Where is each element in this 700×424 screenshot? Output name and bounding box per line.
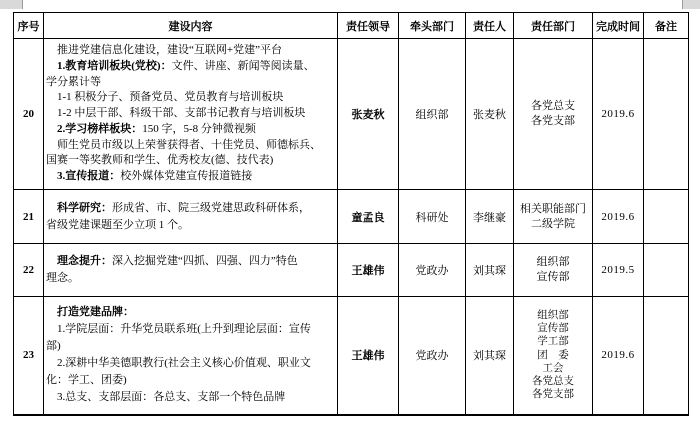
- row-21-person: 李继豪: [466, 190, 514, 244]
- row-20-leader: 张麦秋: [338, 39, 399, 190]
- row-21-resp-dept: 相关职能部门二级学院: [514, 190, 593, 244]
- header-content: 建设内容: [44, 13, 338, 39]
- row-21-time: 2019.6: [593, 190, 644, 244]
- header-time: 完成时间: [593, 13, 644, 39]
- row-20-remark: [644, 39, 689, 190]
- row-22-content-lines: 理念提升：深入挖掘党建“四抓、四强、四力”特色理念。: [44, 252, 337, 288]
- row-22-leader: 王雄伟: [338, 244, 399, 297]
- row-23-resp-dept: 组织部宣传部学工部团 委工会各党总支各党支部: [514, 297, 593, 415]
- header-remark: 备注: [644, 13, 689, 39]
- row-20-time: 2019.6: [593, 39, 644, 190]
- row-21-remark: [644, 190, 689, 244]
- header-person: 责任人: [466, 13, 514, 39]
- table-row-21: 21 科学研究：形成省、市、院三级党建思政科研体系，省级党建课题至少立项 1 个…: [14, 190, 689, 244]
- row-20-resp-dept: 各党总支各党支部: [514, 39, 593, 190]
- row-20-no: 20: [14, 39, 44, 190]
- row-21-content: 科学研究：形成省、市、院三级党建思政科研体系，省级党建课题至少立项 1 个。: [44, 190, 338, 244]
- row-21-content-lines: 科学研究：形成省、市、院三级党建思政科研体系，省级党建课题至少立项 1 个。: [44, 199, 337, 235]
- header-leader: 责任领导: [338, 13, 399, 39]
- header-resp-dept: 责任部门: [514, 13, 593, 39]
- row-23-remark: [644, 297, 689, 415]
- row-21-resp-dept-list: 相关职能部门二级学院: [514, 202, 592, 232]
- row-21-no: 21: [14, 190, 44, 244]
- table-row-20: 20 推进党建信息化建设，建设“互联网+党建”平台1.教育培训板块(党校)：文件…: [14, 39, 689, 190]
- row-22-time: 2019.5: [593, 244, 644, 297]
- row-20-content: 推进党建信息化建设，建设“互联网+党建”平台1.教育培训板块(党校)：文件、讲座…: [44, 39, 338, 190]
- row-23-content-lines: 打造党建品牌：1.学院层面：升华党员联系班(上升到理论层面：宣传部)2.深耕中华…: [44, 303, 337, 407]
- page-corner-mark-left: [0, 0, 23, 9]
- row-20-content-lines: 推进党建信息化建设，建设“互联网+党建”平台1.教育培训板块(党校)：文件、讲座…: [44, 42, 337, 186]
- row-22-content: 理念提升：深入挖掘党建“四抓、四强、四力”特色理念。: [44, 244, 338, 297]
- table-row-22: 22 理念提升：深入挖掘党建“四抓、四强、四力”特色理念。 王雄伟 党政办 刘其…: [14, 244, 689, 297]
- row-21-lead-dept: 科研处: [399, 190, 466, 244]
- row-20-person: 张麦秋: [466, 39, 514, 190]
- row-23-no: 23: [14, 297, 44, 415]
- row-22-remark: [644, 244, 689, 297]
- row-20-resp-dept-list: 各党总支各党支部: [514, 99, 592, 129]
- page-corner-mark-right: [682, 0, 700, 9]
- row-20-lead-dept: 组织部: [399, 39, 466, 190]
- row-23-leader: 王雄伟: [338, 297, 399, 415]
- row-22-resp-dept: 组织部宣传部: [514, 244, 593, 297]
- row-23-time: 2019.6: [593, 297, 644, 415]
- row-23-resp-dept-list: 组织部宣传部学工部团 委工会各党总支各党支部: [514, 309, 592, 401]
- header-no: 序号: [14, 13, 44, 39]
- row-23-content: 打造党建品牌：1.学院层面：升华党员联系班(上升到理论层面：宣传部)2.深耕中华…: [44, 297, 338, 415]
- row-23-person: 刘其琛: [466, 297, 514, 415]
- row-23-lead-dept: 党政办: [399, 297, 466, 415]
- party-building-plan-table: 序号 建设内容 责任领导 牵头部门 责任人 责任部门 完成时间 备注 20 推进…: [13, 12, 689, 416]
- document-page: 序号 建设内容 责任领导 牵头部门 责任人 责任部门 完成时间 备注 20 推进…: [0, 0, 700, 424]
- header-lead-dept: 牵头部门: [399, 13, 466, 39]
- table-row-23: 23 打造党建品牌：1.学院层面：升华党员联系班(上升到理论层面：宣传部)2.深…: [14, 297, 689, 415]
- row-21-leader: 童孟良: [338, 190, 399, 244]
- header-row: 序号 建设内容 责任领导 牵头部门 责任人 责任部门 完成时间 备注: [14, 13, 689, 39]
- row-22-no: 22: [14, 244, 44, 297]
- row-22-person: 刘其琛: [466, 244, 514, 297]
- row-22-resp-dept-list: 组织部宣传部: [514, 255, 592, 285]
- row-22-lead-dept: 党政办: [399, 244, 466, 297]
